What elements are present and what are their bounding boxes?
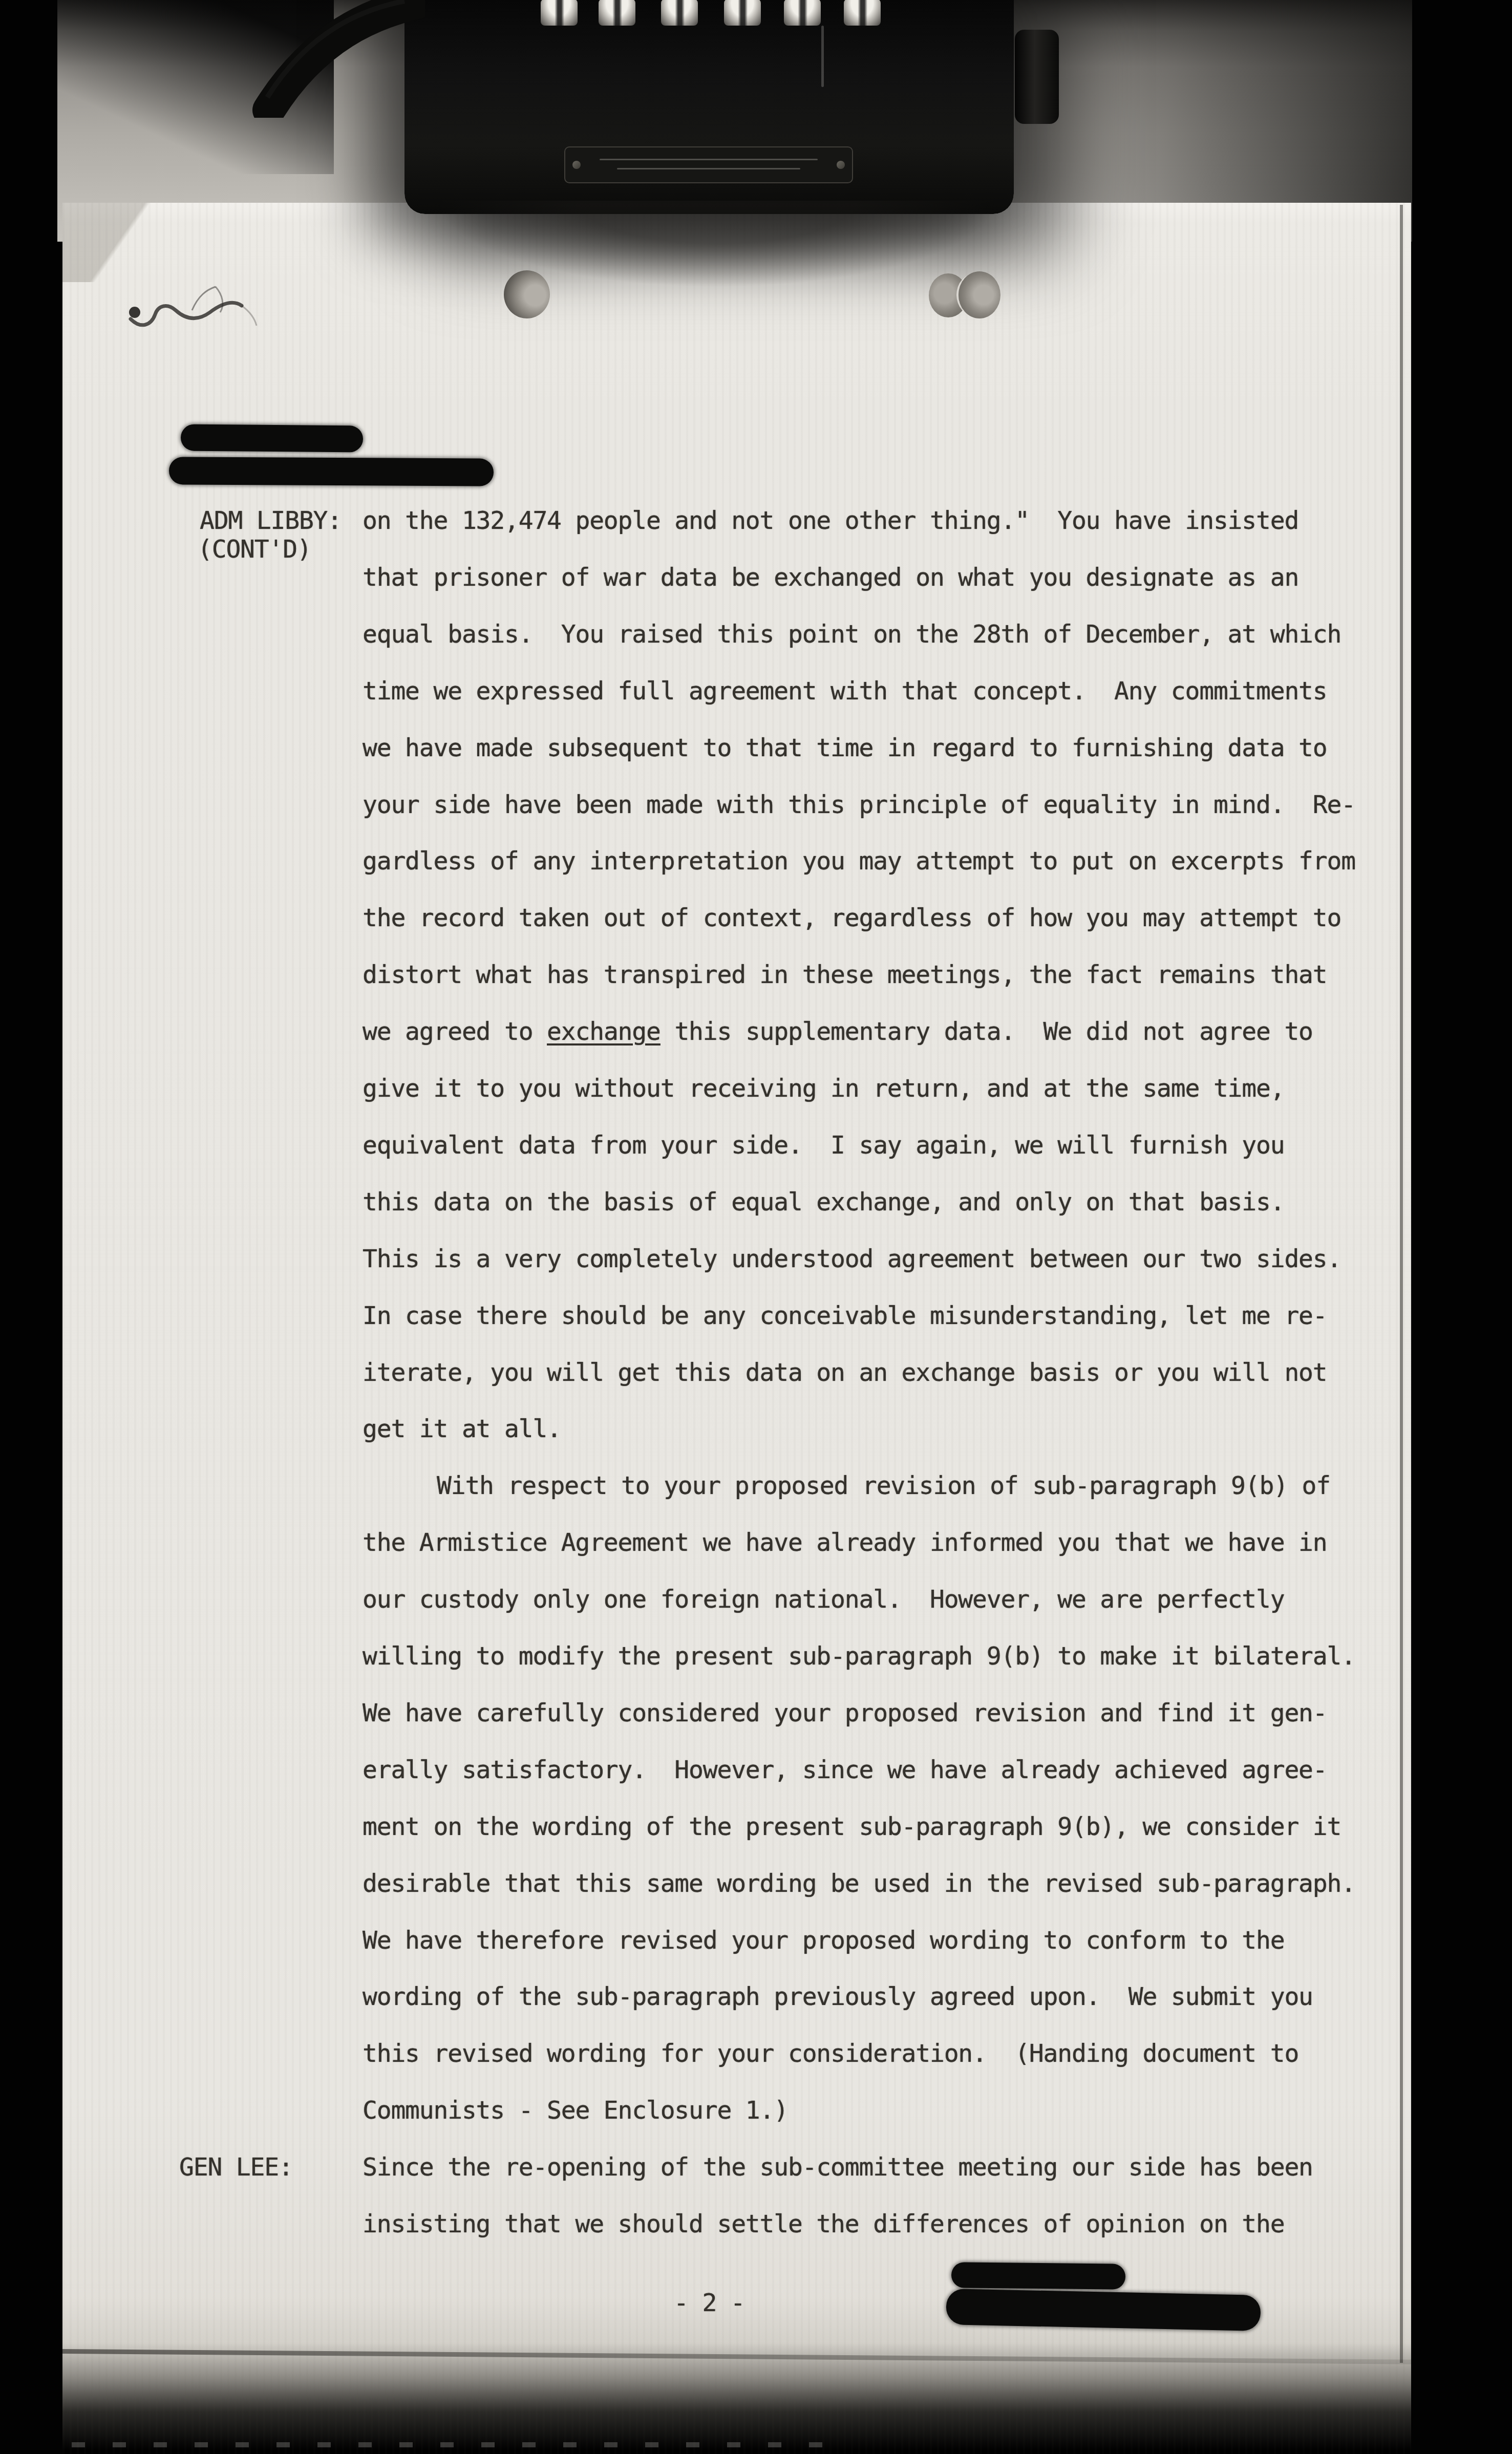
transcript-line: our custody only one foreign national. H… [363,1587,1284,1612]
transcript-line: your side have been made with this princ… [363,793,1355,817]
page-number: - 2 - [674,2291,745,2315]
transcript-line: the record taken out of context, regardl… [363,906,1341,930]
transcript-line: We have therefore revised your proposed … [363,1928,1284,1953]
transcript-line: desirable that this same wording be used… [363,1871,1355,1896]
transcript-line: we have made subsequent to that time in … [363,736,1327,760]
transcript-line: Communists - See Enclosure 1.) [363,2098,788,2123]
transcript-line: wording of the sub-paragraph previously … [363,1984,1313,2009]
speaker-label-adm-libby: ADM LIBBY: [200,508,342,533]
transcript-line: erally satisfactory. However, since we h… [363,1758,1327,1782]
transcript-line: time we expressed full agreement with th… [363,679,1327,703]
transcript-line: With respect to your proposed revision o… [437,1474,1330,1498]
transcript-line: the Armistice Agreement we have already … [363,1530,1327,1555]
transcript-line: We have carefully considered your propos… [363,1701,1327,1725]
transcript-line: equivalent data from your side. I say ag… [363,1133,1284,1158]
transcript-line: on the 132,474 people and not one other … [363,508,1298,533]
transcript-line: ment on the wording of the present sub-p… [363,1815,1341,1839]
transcript-line: distort what has transpired in these mee… [363,963,1327,987]
transcript-line: insisting that we should settle the diff… [363,2212,1284,2236]
transcript-line: willing to modify the present sub-paragr… [363,1644,1355,1669]
speaker-label-gen-lee: GEN LEE: [179,2155,293,2180]
transcript-line: we agreed to exchange this supplementary… [363,1019,1313,1044]
transcript-line: this revised wording for your considerat… [363,2041,1298,2066]
transcript-line: give it to you without receiving in retu… [363,1076,1284,1101]
transcript-line: This is a very completely understood agr… [363,1247,1341,1271]
transcript-line: that prisoner of war data be exchanged o… [363,565,1298,590]
transcript-line: gardless of any interpretation you may a… [363,849,1355,873]
transcript-line: equal basis. You raised this point on th… [363,622,1341,647]
transcript-line: Since the re-opening of the sub-committe… [363,2155,1313,2180]
transcript-line: In case there should be any conceivable … [363,1304,1327,1328]
underlined-word: exchange [547,1017,661,1046]
transcript-line: this data on the basis of equal exchange… [363,1190,1284,1214]
transcript-line: iterate, you will get this data on an ex… [363,1360,1327,1385]
transcript-line: get it at all. [363,1417,561,1441]
transcript-text-layer: ADM LIBBY: (CONT'D) GEN LEE: on the 132,… [0,0,1512,2454]
speaker-label-contd: (CONT'D) [198,537,311,562]
scanned-document-photo: ADM LIBBY: (CONT'D) GEN LEE: on the 132,… [0,0,1512,2454]
